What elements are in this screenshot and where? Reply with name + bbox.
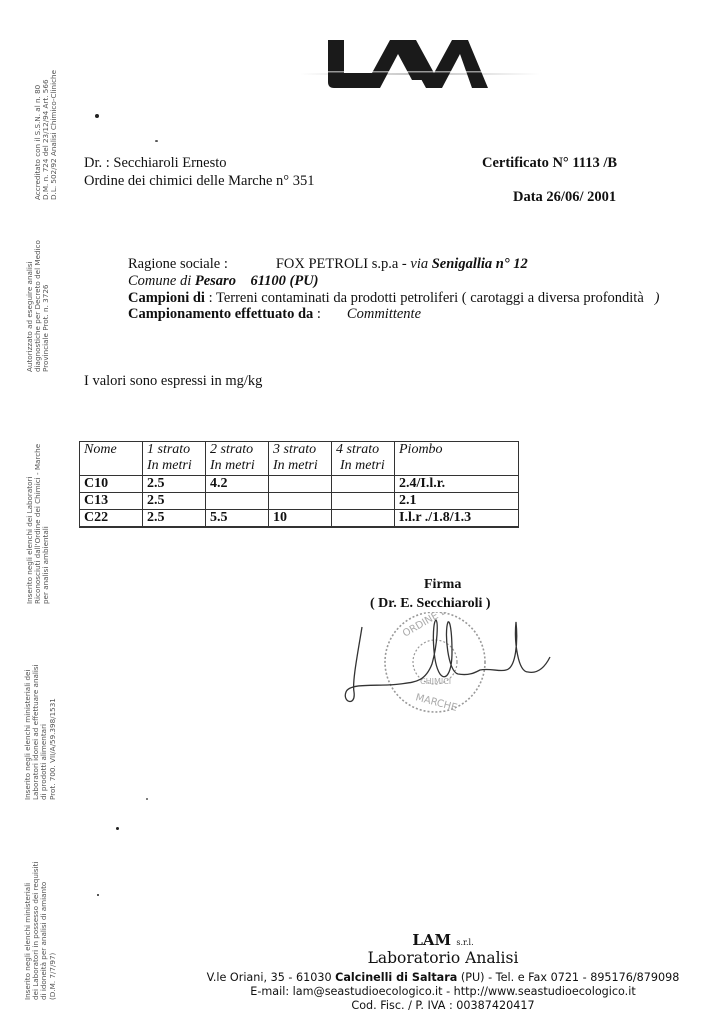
campioni-label: Campioni di	[128, 290, 205, 306]
results-table: Nome 1 stratoIn metri 2 stratoIn metri 3…	[79, 441, 519, 528]
svg-text:ORDINE DEI: ORDINE DEI	[401, 612, 458, 640]
campionamento-label: Campionamento effettuato da	[128, 306, 313, 322]
footer-address: V.le Oriani, 35 - 61030 Calcinelli di Sa…	[130, 971, 724, 984]
header-cell: 3 stratoIn metri	[269, 442, 332, 476]
cell-strato-1: 2.5	[143, 510, 206, 528]
cell-strato-2: 5.5	[206, 510, 269, 528]
comune-prefix: Comune di	[128, 273, 195, 289]
campioni-value: : Terreni contaminati da prodotti petrol…	[205, 290, 655, 306]
cell-strato-2: 4.2	[206, 476, 269, 493]
header-cell: 4 stratoIn metri	[332, 442, 395, 476]
units-note: I valori sono espressi in mg/kg	[84, 373, 262, 390]
header-cell: Nome	[80, 442, 143, 476]
cell-strato-3	[269, 493, 332, 510]
table-row: C10 2.5 4.2 2.4/I.l.r.	[80, 476, 519, 493]
campionamento-line: Campionamento effettuato da :Committente	[128, 306, 421, 323]
table-row: C13 2.5 2.1	[80, 493, 519, 510]
handwritten-signature	[345, 620, 550, 701]
cell-strato-4	[332, 510, 395, 528]
footer-subtitle: Laboratorio Analisi	[200, 949, 686, 967]
footer-company-name: LAM	[412, 931, 451, 949]
footer-company: LAM s.r.l.	[200, 931, 686, 949]
scan-speck	[116, 827, 119, 830]
cell-strato-3: 10	[269, 510, 332, 528]
campioni-close: )	[655, 290, 660, 306]
side-note-line: per analisi ambientali	[42, 444, 50, 604]
footer-tax-id: Cod. Fisc. / P. IVA : 00387420417	[200, 999, 686, 1012]
comune-value: Pesaro 61100 (PU)	[195, 273, 319, 289]
cell-piombo: 2.4/I.l.r.	[395, 476, 519, 493]
header-cell: Piombo	[395, 442, 519, 476]
cell-strato-4	[332, 493, 395, 510]
cell-piombo: I.l.r ./1.8/1.3	[395, 510, 519, 528]
client-line: Ragione sociale :FOX PETROLI s.p.a - via…	[128, 256, 528, 273]
cell-nome: C10	[80, 476, 143, 493]
lam-logo	[328, 40, 488, 90]
company-name: FOX PETROLI s.p.a -	[276, 256, 411, 272]
scan-speck	[95, 114, 99, 118]
footer-company-suffix: s.r.l.	[456, 938, 473, 947]
svg-text:CHIMICI: CHIMICI	[420, 677, 451, 686]
footer-town: Calcinelli di Saltara	[335, 971, 457, 984]
address-prefix: via	[410, 256, 431, 272]
chemists-order-number: Ordine dei chimici delle Marche n° 351	[84, 173, 314, 190]
signatory-name: ( Dr. E. Secchiaroli )	[370, 596, 491, 612]
side-note-line: Provinciale Prot. n. 3726	[42, 240, 50, 372]
cell-strato-3	[269, 476, 332, 493]
side-note-line: Prot. 700. VII/A/59.398/1531	[49, 664, 57, 800]
cell-strato-1: 2.5	[143, 476, 206, 493]
cell-strato-4	[332, 476, 395, 493]
cell-strato-2	[206, 493, 269, 510]
scan-speck	[146, 798, 148, 800]
cell-piombo: 2.1	[395, 493, 519, 510]
cell-nome: C22	[80, 510, 143, 528]
header-cell: 1 stratoIn metri	[143, 442, 206, 476]
side-note-line: D.L. 502/92 Analisi Chimico-Cliniche	[50, 70, 58, 200]
scan-speck	[97, 894, 99, 896]
company-address: Senigallia n° 12	[432, 256, 528, 272]
footer-contacts: E-mail: lam@seastudioecologico.it - http…	[150, 985, 724, 998]
header-cell: 2 stratoIn metri	[206, 442, 269, 476]
ragione-sociale-label: Ragione sociale :	[128, 256, 228, 272]
side-note-line: (D.M. 7/7/97)	[49, 862, 57, 1000]
comune-line: Comune di Pesaro 61100 (PU)	[128, 273, 319, 290]
certificate-date: Data 26/06/ 2001	[513, 189, 616, 206]
campionamento-value: Committente	[347, 306, 421, 322]
table-header-row: Nome 1 stratoIn metri 2 stratoIn metri 3…	[80, 442, 519, 476]
certificate-number: Certificato N° 1113 /B	[482, 155, 617, 172]
campionamento-sep: :	[313, 306, 321, 322]
signature-and-stamp: ORDINE DEI CHIMICI MARCHE ORDINE DEI MAR…	[340, 612, 570, 717]
signature-label: Firma	[424, 577, 461, 593]
campioni-line: Campioni di : Terreni contaminati da pro…	[128, 290, 659, 307]
cell-nome: C13	[80, 493, 143, 510]
doctor-name: Dr. : Secchiaroli Ernesto	[84, 155, 227, 172]
cell-strato-1: 2.5	[143, 493, 206, 510]
scan-speck	[155, 140, 158, 142]
table-row: C22 2.5 5.5 10 I.l.r ./1.8/1.3	[80, 510, 519, 528]
